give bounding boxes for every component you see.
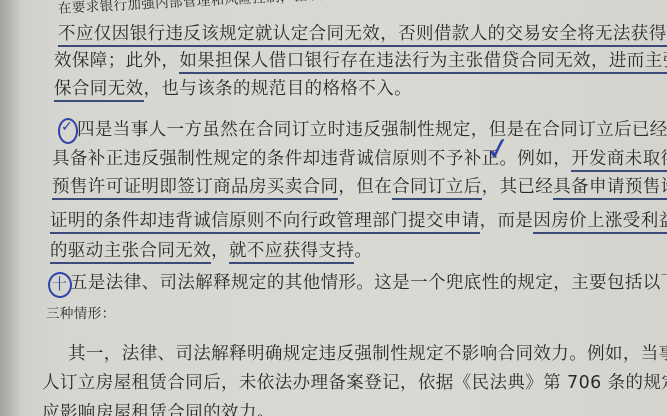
text-span: 。 (354, 241, 372, 261)
underlined-text: 开发商未取得 (571, 149, 667, 172)
text-span: 应影响房屋租赁合同的效力。 (42, 403, 275, 416)
underlined-text: 因房价上涨受利益 (533, 211, 667, 234)
text-line-5: 四是当事人一方虽然在合同订立时违反强制性规定，但是在合同订立后已经 (77, 119, 667, 141)
page-edge-shadow (0, 0, 22, 416)
text-span: 其一，法律、司法解释明确规定违反强制性规定不影响合同效力。例如，当事 (68, 344, 667, 364)
text-span: 四是当事人一方虽然在合同订立时违反强制性规定，但是在合同订立后已经 (77, 120, 667, 140)
textbook-page-photo: 在要求银行加强内部管理和风险控制，据以判断银行是否违反该规定，否则 不应仅因银行… (0, 0, 667, 416)
text-line-4: 保合同无效，也与该条的规范目的格格不入。 (54, 78, 412, 100)
text-line-11: 三种情形： (46, 303, 116, 325)
text-span: 效保障；此外， (54, 51, 179, 71)
pen-check-mark-icon: ✓ (61, 119, 73, 135)
text-span: ，但在 (338, 177, 392, 197)
text-span: ，而是 (480, 211, 534, 231)
underlined-text: 保合同无效 (54, 79, 144, 102)
text-line-14: 应影响房屋租赁合同的效力。 (42, 402, 275, 416)
text-line-6: 具备补正违反强制性规定的条件却违背诚信原则不予补正。例如，开发商未取得 (52, 148, 667, 170)
text-span: 三种情形： (46, 306, 116, 322)
text-line-8: 证明的条件却违背诚信原则不向行政管理部门提交申请，而是因房价上涨受利益 (50, 210, 667, 232)
text-line-1: 在要求银行加强内部管理和风险控制，据以判断银行是否违反该规定，否则 (57, 0, 516, 20)
text-span: 五是法律、司法解释规定的其他情形。这是一个兜底性的规定，主要包括以下 (70, 273, 667, 293)
underlined-text: 不应仅因银行违反该规定就认定合同无效 (58, 24, 380, 47)
pen-cross-mark-icon: 十 (52, 273, 67, 294)
underlined-text: 具备申请预售许可 (553, 177, 667, 200)
text-span: 在要求银行加强内部管理和风险控制，据以判断银行是否违反该规定，否则 (58, 0, 517, 17)
underlined-text: 的驱动主张合同无效 (50, 241, 211, 264)
text-line-12: 其一，法律、司法解释明确规定违反强制性规定不影响合同效力。例如，当事 (68, 343, 667, 365)
text-line-3: 效保障；此外，如果担保人借口银行存在违法行为主张借贷合同无效，进而主张担 (54, 50, 667, 72)
text-span: ，其已经 (482, 177, 554, 197)
text-span: 人订立房屋租赁合同后，未依法办理备案登记，依据《民法典》第 706 条的规定，不 (42, 373, 667, 393)
text-line-7: 预售许可证明即签订商品房买卖合同，但在合同订立后，其已经具备申请预售许可 (52, 176, 667, 198)
text-line-10: 五是法律、司法解释规定的其他情形。这是一个兜底性的规定，主要包括以下 (70, 272, 667, 294)
text-span: ， (211, 241, 229, 261)
text-line-2: 不应仅因银行违反该规定就认定合同无效，否则借款人的交易安全将无法获得有 (58, 23, 667, 45)
text-line-13: 人订立房屋租赁合同后，未依法办理备案登记，依据《民法典》第 706 条的规定，不 (42, 372, 667, 394)
pen-check-mark-icon: ✓ (484, 133, 514, 167)
underlined-text: 如果担保人借口银行存在违法行为主张借贷合同无效，进而主张担 (179, 51, 667, 74)
underlined-text: ，否则借款人的交易安全将无法获得有 (380, 24, 667, 47)
text-span: ，也与该条的规范目的格格不入。 (144, 79, 413, 99)
underlined-text: 预售许可证明即签订商品房买卖合同 (52, 177, 338, 200)
underlined-text: 证明的条件却违背诚信原则不向行政管理部门提交申请 (50, 211, 480, 234)
underlined-text: 就不应获得支持 (229, 241, 354, 264)
underlined-text: 合同订立后 (392, 177, 482, 200)
text-line-9: 的驱动主张合同无效，就不应获得支持。 (50, 240, 372, 262)
